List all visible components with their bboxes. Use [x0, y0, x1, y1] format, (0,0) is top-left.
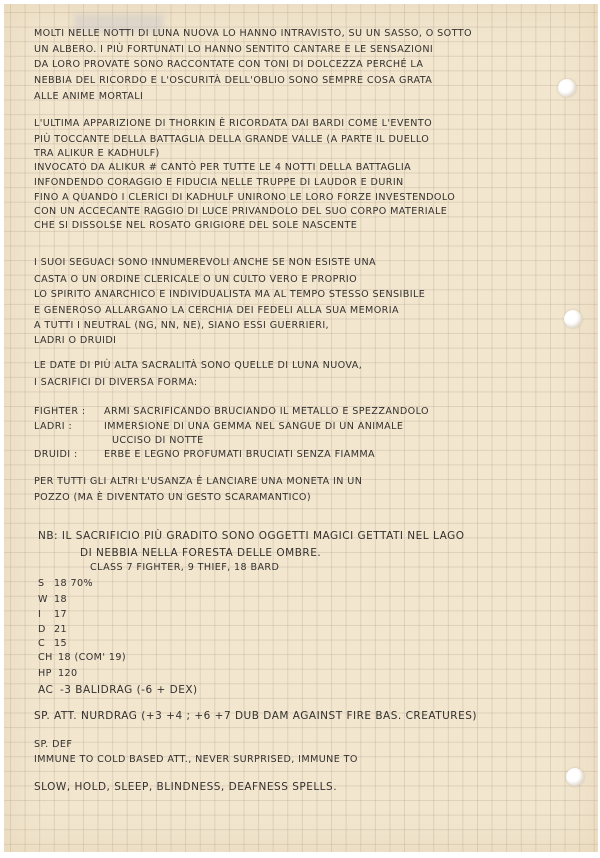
special-attack: SP. ATT. Nurdrag (+3 +4 ; +6 +7 dub dam … — [34, 710, 477, 722]
class-line: Class 7 fighter, 9 thief, 18 bard — [90, 562, 279, 573]
text-line: che si dissolse nel rosato grigiore del … — [34, 220, 357, 231]
special-defense-title: SP. DEF — [34, 739, 72, 750]
stat-label: HP — [38, 668, 52, 679]
stat-label: C — [38, 638, 45, 649]
text-line: L'ultima apparizione di Thorkin è ricord… — [34, 118, 432, 129]
stat-value: 18 — [54, 594, 67, 605]
text-line: Invocato da Alikur # cantò per tutte le … — [34, 162, 411, 173]
stat-value: 18 (com' 19) — [58, 652, 126, 663]
text-line: I suoi seguaci sono innumerevoli anche s… — [34, 257, 376, 268]
special-defense-line: Immune to cold based att., never surpris… — [34, 754, 358, 765]
handwritten-text: Molti nelle notti di luna nuova lo hanno… — [4, 4, 598, 852]
text-line: casta o un ordine clericale o un culto v… — [34, 274, 357, 285]
text-line: i sacrifici di diversa forma: — [34, 377, 198, 388]
stat-label: AC — [38, 684, 53, 696]
text-line: fino a quando i clerici di Kadhulf uniro… — [34, 192, 455, 203]
stat-value: 15 — [54, 638, 67, 649]
stat-value: 120 — [58, 668, 78, 679]
text-line: nebbia del ricordo e l'oscurità dell'obl… — [34, 75, 432, 86]
stat-label: S — [38, 578, 45, 589]
text-line: Le date di più alta sacralità sono quell… — [34, 360, 362, 371]
stat-value: 17 — [54, 609, 67, 620]
sacrifice-text: ucciso di notte — [112, 435, 204, 446]
stat-value: -3 Balidrag (-6 + DEX) — [60, 684, 198, 696]
text-line: un albero. I più fortunati lo hanno sent… — [34, 44, 433, 55]
special-defense-line: slow, hold, sleep, blindness, deafness s… — [34, 781, 337, 793]
text-line: ladri o druidi — [34, 335, 116, 346]
text-line: infondendo coraggio e fiducia nelle trup… — [34, 177, 404, 188]
text-line: Lo spirito anarchico e individualista ma… — [34, 289, 425, 300]
stat-value: 18 70% — [54, 578, 93, 589]
note-line: NB: il sacrificio più gradito sono ogget… — [38, 530, 464, 542]
text-line: Molti nelle notti di luna nuova lo hanno… — [34, 28, 472, 39]
text-line: a tutti i neutral (NG, NN, NE), siano es… — [34, 320, 329, 331]
stat-label: I — [38, 609, 41, 620]
grid-paper-page: Molti nelle notti di luna nuova lo hanno… — [4, 4, 598, 852]
text-line: con un accecante raggio di luce privando… — [34, 206, 447, 217]
text-line: da loro provate sono raccontate con toni… — [34, 59, 423, 70]
stat-label: CH — [38, 652, 53, 663]
text-line: Per tutti gli altri l'usanza è lanciare … — [34, 476, 362, 487]
sacrifice-class-label: Ladri : — [34, 421, 72, 432]
text-line: alle anime mortali — [34, 91, 143, 102]
text-line: pozzo (ma è diventato un gesto scaramant… — [34, 492, 311, 503]
sacrifice-text: armi sacrificando bruciando il metallo e… — [104, 406, 429, 417]
text-line: e generoso allargano la cerchia dei fede… — [34, 305, 399, 316]
text-line: più toccante della battaglia della Grand… — [34, 134, 429, 145]
sacrifice-class-label: Fighter : — [34, 406, 85, 417]
text-line: tra Alikur e Kadhulf) — [34, 148, 160, 159]
stat-label: D — [38, 624, 46, 635]
sacrifice-class-label: Druidi : — [34, 449, 78, 460]
stat-value: 21 — [54, 624, 67, 635]
sacrifice-text: erbe e legno profumati bruciati senza fi… — [104, 449, 375, 460]
sacrifice-text: immersione di una gemma nel sangue di un… — [104, 421, 403, 432]
stat-label: W — [38, 594, 48, 605]
note-line: di nebbia nella Foresta delle Ombre. — [80, 547, 321, 559]
